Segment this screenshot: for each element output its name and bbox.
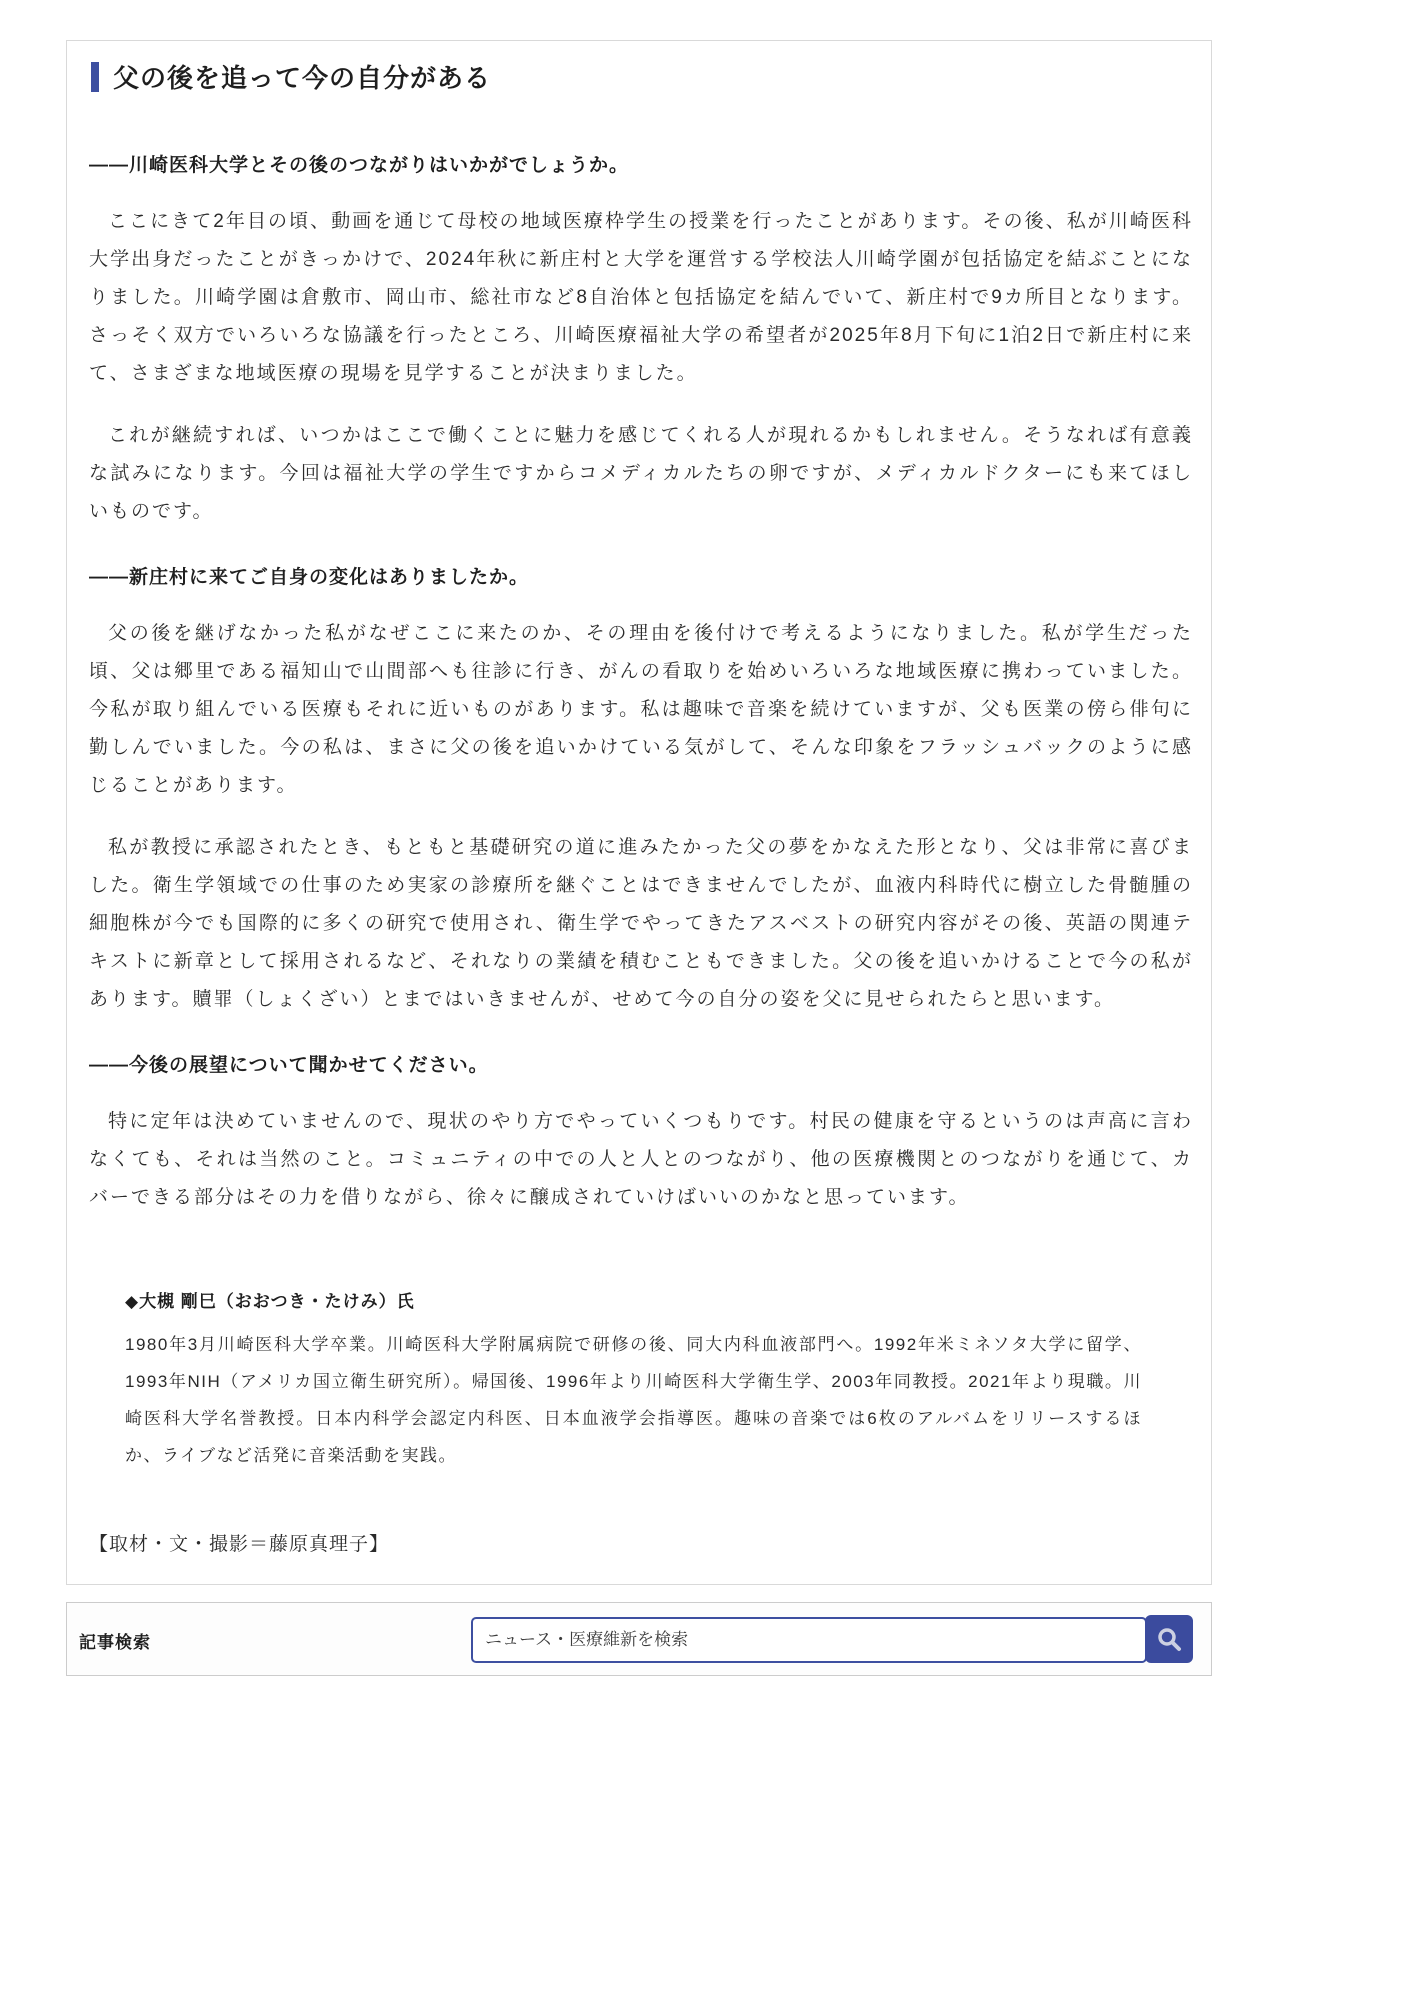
profile-body: 1980年3月川崎医科大学卒業。川崎医科大学附属病院で研修の後、同大内科血液部門… <box>125 1326 1142 1474</box>
article-card: 父の後を追って今の自分がある ——川崎医科大学とその後のつながりはいかがでしょう… <box>66 40 1212 1585</box>
question-heading: ——川崎医科大学とその後のつながりはいかがでしょうか。 <box>89 153 1197 179</box>
profile-section: ◆大槻 剛巳（おおつき・たけみ）氏 1980年3月川崎医科大学卒業。川崎医科大学… <box>125 1287 1142 1474</box>
paragraph: 私が教授に承認されたとき、もともと基礎研究の道に進みたかった父の夢をかなえた形と… <box>81 829 1197 1019</box>
question-heading: ——新庄村に来てご自身の変化はありましたか。 <box>89 565 1197 591</box>
title-accent-bar <box>91 62 99 92</box>
question-heading: ——今後の展望について聞かせてください。 <box>89 1053 1197 1079</box>
search-input[interactable] <box>471 1617 1147 1663</box>
paragraph: これが継続すれば、いつかはここで働くことに魅力を感じてくれる人が現れるかもしれま… <box>81 417 1197 531</box>
paragraph: ここにきて2年目の頃、動画を通じて母校の地域医療枠学生の授業を行ったことがありま… <box>81 203 1197 393</box>
page: 父の後を追って今の自分がある ——川崎医科大学とその後のつながりはいかがでしょう… <box>0 0 1414 2000</box>
credit-line: 【取材・文・撮影＝藤原真理子】 <box>89 1529 1197 1556</box>
search-label: 記事検索 <box>79 1603 151 1677</box>
search-button[interactable] <box>1145 1615 1193 1663</box>
profile-heading: ◆大槻 剛巳（おおつき・たけみ）氏 <box>125 1287 1142 1312</box>
paragraph: 父の後を継げなかった私がなぜここに来たのか、その理由を後付けで考えるようになりま… <box>81 615 1197 805</box>
search-icon <box>1156 1626 1182 1652</box>
paragraph: 特に定年は決めていませんので、現状のやり方でやっていくつもりです。村民の健康を守… <box>81 1103 1197 1217</box>
search-section: 記事検索 <box>66 1602 1212 1676</box>
page-title: 父の後を追って今の自分がある <box>113 58 491 95</box>
article-title-row: 父の後を追って今の自分がある <box>91 58 1197 95</box>
